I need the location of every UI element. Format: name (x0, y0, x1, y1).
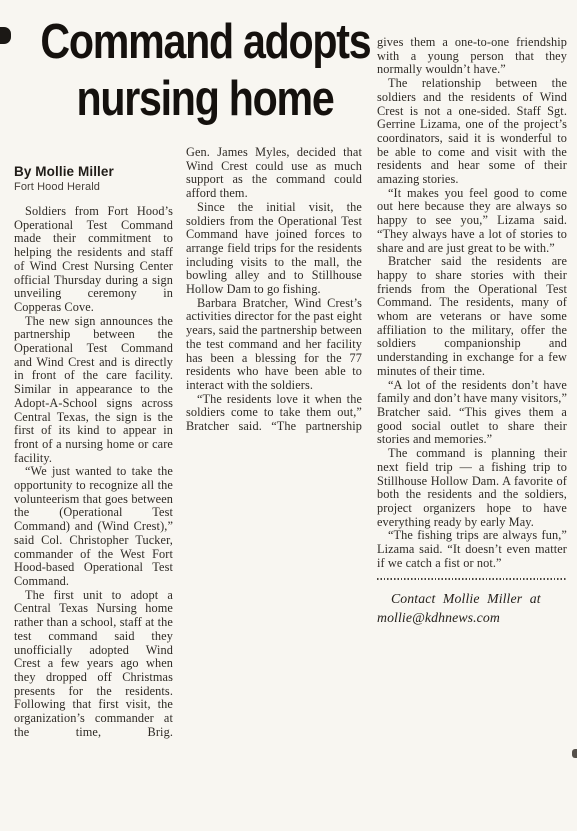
paragraph: Soldiers from Fort Hood’s Operational Te… (14, 205, 173, 315)
paragraph: “It makes you feel good to come out here… (377, 187, 567, 256)
headline-line-1: Command adopts (40, 14, 370, 71)
paragraph: gives them a one-to-one friendship with … (377, 36, 567, 77)
article-column-3: gives them a one-to-one friendship with … (377, 36, 567, 627)
scan-artifact-right (572, 749, 577, 758)
paragraph: The new sign announces the partnership b… (14, 315, 173, 466)
paragraph: Barbara Bratcher, Wind Crest’s activitie… (186, 297, 362, 393)
paragraph: “A lot of the residents don’t have famil… (377, 379, 567, 448)
paragraph: “We just wanted to take the opportunity … (14, 465, 173, 588)
dotted-divider (377, 578, 567, 580)
byline-source: Fort Hood Herald (14, 180, 173, 194)
newspaper-article-page: Command adopts nursing home By Mollie Mi… (0, 0, 577, 831)
paragraph: Gen. James Myles, decided that Wind Cres… (186, 146, 362, 201)
article-column-1: By Mollie Miller Fort Hood Herald Soldie… (14, 164, 173, 739)
paragraph: Bratcher said the residents are happy to… (377, 255, 567, 378)
paragraph: The relationship between the soldiers an… (377, 77, 567, 187)
headline-line-2: nursing home (76, 71, 333, 128)
paragraph: Since the initial visit, the soldiers fr… (186, 201, 362, 297)
paragraph: “The fishing trips are always fun,” Liza… (377, 529, 567, 570)
byline-author: By Mollie Miller (14, 164, 173, 180)
paragraph: “The residents love it when the soldiers… (186, 393, 362, 434)
paragraph: The command is planning their next field… (377, 447, 567, 529)
article-headline: Command adopts nursing home (6, 14, 404, 128)
contact-line: Contact Mollie Miller at mollie@kdhnews.… (377, 589, 567, 627)
article-column-2: Gen. James Myles, decided that Wind Cres… (186, 146, 362, 434)
paragraph: The first unit to adopt a Central Texas … (14, 589, 173, 740)
